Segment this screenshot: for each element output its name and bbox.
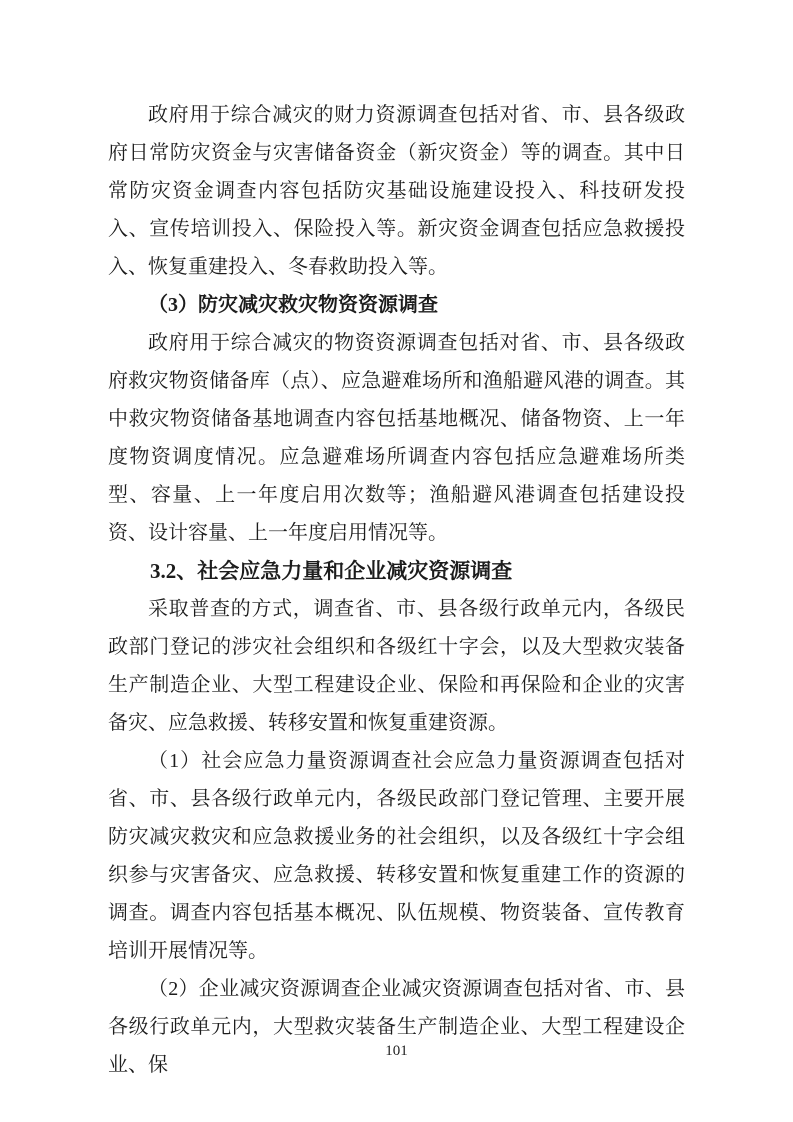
paragraph-enterprise-mitigation-survey: （2）企业减灾资源调查企业减灾资源调查包括对省、市、县各级行政单元内，大型救灾装… xyxy=(108,970,685,1084)
heading-section-3-2: 3.2、社会应急力量和企业减灾资源调查 xyxy=(108,552,685,590)
paragraph-census-method: 采取普查的方式，调查省、市、县各级行政单元内，各级民政部门登记的涉灾社会组织和各… xyxy=(108,590,685,742)
paragraph-material-resources-survey: 政府用于综合减灾的物资资源调查包括对省、市、县各级政府救灾物资储备库（点）、应急… xyxy=(108,324,685,552)
page-number: 101 xyxy=(0,1040,793,1062)
paragraph-social-emergency-force-survey: （1）社会应急力量资源调查社会应急力量资源调查包括对省、市、县各级行政单元内，各… xyxy=(108,742,685,970)
document-page: 政府用于综合减灾的财力资源调查包括对省、市、县各级政府日常防灾资金与灾害储备资金… xyxy=(0,0,793,1122)
paragraph-financial-resources-survey: 政府用于综合减灾的财力资源调查包括对省、市、县各级政府日常防灾资金与灾害储备资金… xyxy=(108,96,685,286)
page-body: 政府用于综合减灾的财力资源调查包括对省、市、县各级政府日常防灾资金与灾害储备资金… xyxy=(108,96,685,1084)
heading-disaster-material-resources-survey: （3）防灾减灾救灾物资资源调查 xyxy=(108,286,685,324)
